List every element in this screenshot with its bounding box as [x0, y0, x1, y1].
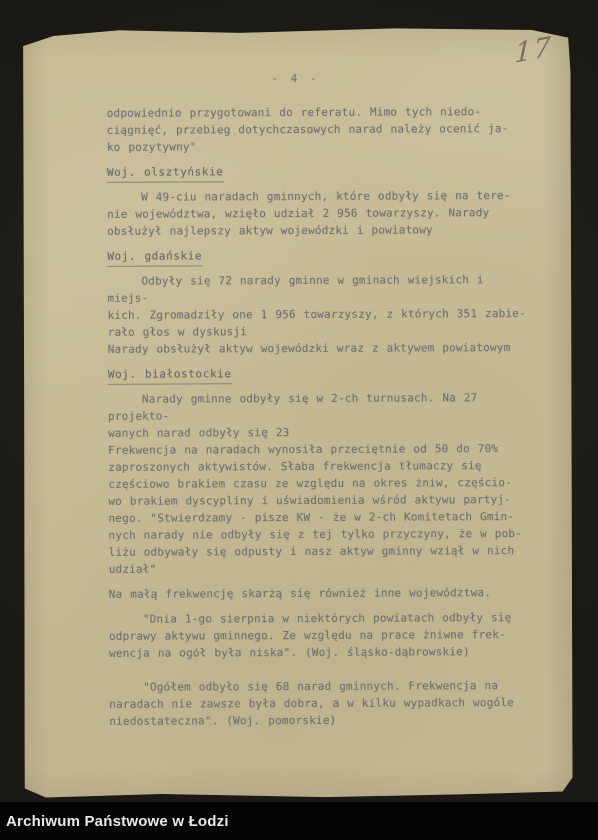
text-line: udział" [109, 559, 533, 578]
section-heading: Woj. olsztyńskie [107, 163, 224, 183]
text-line: liżu odbywały się odpusty i nasz aktyw g… [109, 542, 533, 561]
section-heading: Woj. gdańskie [107, 247, 202, 266]
text-line: wo brakiem dyscypliny i uświadomienia wś… [108, 491, 532, 510]
text-line: nych narady nie odbyły się z tej tylko p… [108, 525, 532, 544]
archive-footer-bar: Archiwum Państwowe w Łodzi [0, 802, 598, 840]
paragraph-frekwencja-note: Na małą frekwencję skarżą się również in… [109, 584, 533, 603]
text-line: ko pozytywny" [107, 137, 531, 156]
text-line: naradach nie zawsze była dobra, a w kilk… [109, 694, 533, 713]
typed-page-number: - 4 - [21, 71, 571, 86]
text-line: obsłużył najlepszy aktyw wojewódzki i po… [107, 221, 531, 240]
section-olsztynskie: Woj. olsztyńskie [107, 162, 531, 189]
paragraph-quote-slasko-dabrowskie: "Dnia 1-go sierpnia w niektórych powiata… [109, 609, 533, 662]
text-line: zaproszonych aktywistów. Słaba frekwencj… [108, 457, 532, 476]
typed-text-block: odpowiednio przygotowani do referatu. Mi… [107, 103, 534, 738]
paragraph-olsztynskie: W 49-ciu naradach gminnych, które odbyły… [107, 187, 531, 240]
text-line: wanych narad odbyły się 23 [108, 423, 532, 442]
text-line: "Ogółem odbyło się 68 narad gminnych. Fr… [109, 677, 533, 696]
text-line: rało głos w dyskusji [108, 322, 532, 341]
text-line: Na małą frekwencję skarżą się również in… [109, 584, 533, 603]
text-line: niedostateczna". (Woj. pomorskie) [109, 711, 533, 730]
handwritten-page-number: 17 [514, 31, 553, 70]
paragraph-bialostockie: Narady gminne odbyły się w 2-ch turnusac… [108, 389, 533, 578]
text-line: Odbyły się 72 narady gminne w gminach wi… [107, 271, 531, 307]
section-gdanskie: Woj. gdańskie [107, 246, 531, 273]
paragraph-gdanskie: Odbyły się 72 narady gminne w gminach wi… [107, 271, 531, 358]
text-line: częściowo brakiem czasu ze względu na ok… [108, 474, 532, 493]
text-line: odpowiednio przygotowani do referatu. Mi… [107, 103, 531, 122]
text-line: Narady gminne odbyły się w 2-ch turnusac… [108, 389, 532, 425]
text-line: Narady obsłużył aktyw wojewódzki wraz z … [108, 339, 532, 358]
text-line: ciągnięć, przebieg dotychczasowych narad… [107, 120, 531, 139]
text-line: W 49-ciu naradach gminnych, które odbyły… [107, 187, 531, 206]
text-line: nie województwa, wzięło udział 2 956 tow… [107, 204, 531, 223]
text-line: odprawy aktywu gminnego. Ze względu na p… [109, 626, 533, 645]
text-line: Frekwencja na naradach wynosiła przecięt… [108, 440, 532, 459]
scanned-document-page: 17 - 4 - odpowiednio przygotowani do ref… [0, 0, 598, 840]
paper-sheet: 17 - 4 - odpowiednio przygotowani do ref… [20, 27, 573, 799]
text-line: nego. "Stwierdzamy - pisze KW - że w 2-c… [108, 508, 532, 527]
section-bialostockie: Woj. białostockie [108, 364, 532, 391]
archive-name: Archiwum Państwowe w Łodzi [0, 813, 229, 830]
section-heading: Woj. białostockie [108, 365, 232, 385]
text-line: "Dnia 1-go sierpnia w niektórych powiata… [109, 609, 533, 628]
paragraph-intro: odpowiednio przygotowani do referatu. Mi… [107, 103, 531, 156]
text-line: wencja na ogół była niska". (Woj. śląsko… [109, 643, 533, 662]
text-line: kich. Zgromadziły one 1 956 towarzyszy, … [108, 305, 532, 324]
paragraph-quote-pomorskie: "Ogółem odbyło się 68 narad gminnych. Fr… [109, 677, 533, 730]
